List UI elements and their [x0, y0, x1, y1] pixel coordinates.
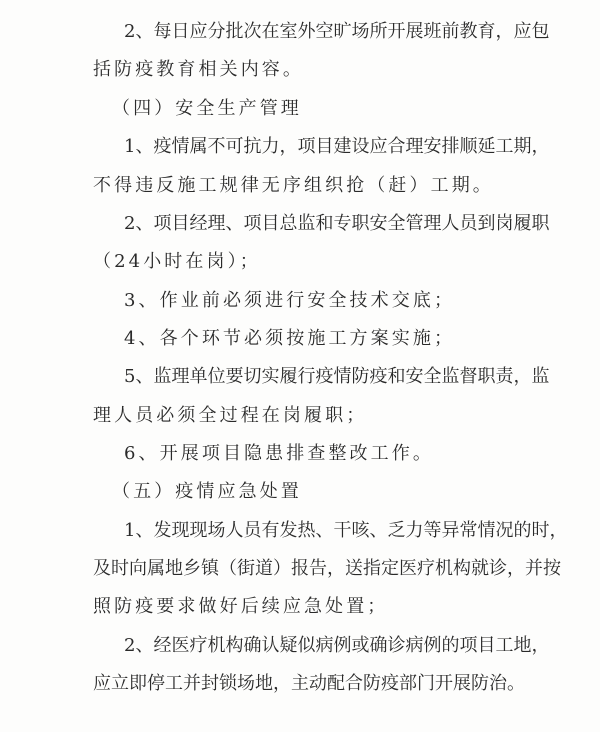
paragraph-line: 2、每日应分批次在室外空旷场所开展班前教育，应包 [124, 17, 544, 47]
paragraph-line: 及时向属地乡镇（街道）报告，送指定医疗机构就诊，并按 [93, 554, 513, 584]
paragraph-line: 4、各个环节必须按施工方案实施； [124, 324, 544, 354]
paragraph-line: （24小时在岗）； [93, 247, 513, 277]
paragraph-line: 3、作业前必须进行安全技术交底； [124, 286, 544, 316]
paragraph-line: 不得违反施工规律无序组织抢（赶）工期。 [93, 171, 513, 201]
section-heading: （五）疫情应急处置 [112, 477, 532, 507]
paragraph-line: 括防疫教育相关内容。 [93, 55, 513, 85]
paragraph-line: 理人员必须全过程在岗履职； [93, 401, 513, 431]
paragraph-line: 2、经医疗机构确认疑似病例或确诊病例的项目工地， [124, 631, 544, 661]
paragraph-line: 照防疫要求做好后续应急处置； [93, 592, 513, 622]
paragraph-line: 5、监理单位要切实履行疫情防疫和安全监督职责，监 [124, 362, 544, 392]
section-heading: （四）安全生产管理 [112, 94, 532, 124]
paragraph-line: 6、开展项目隐患排查整改工作。 [124, 439, 544, 469]
paragraph-line: 2、项目经理、项目总监和专职安全管理人员到岗履职 [124, 209, 544, 239]
paragraph-line: 1、疫情属不可抗力，项目建设应合理安排顺延工期， [124, 132, 544, 162]
document-page: 2、每日应分批次在室外空旷场所开展班前教育，应包 括防疫教育相关内容。 （四）安… [0, 0, 600, 732]
paragraph-line: 应立即停工并封锁场地，主动配合防疫部门开展防治。 [93, 669, 513, 699]
paragraph-line: 1、发现现场人员有发热、干咳、乏力等异常情况的时， [124, 516, 544, 546]
